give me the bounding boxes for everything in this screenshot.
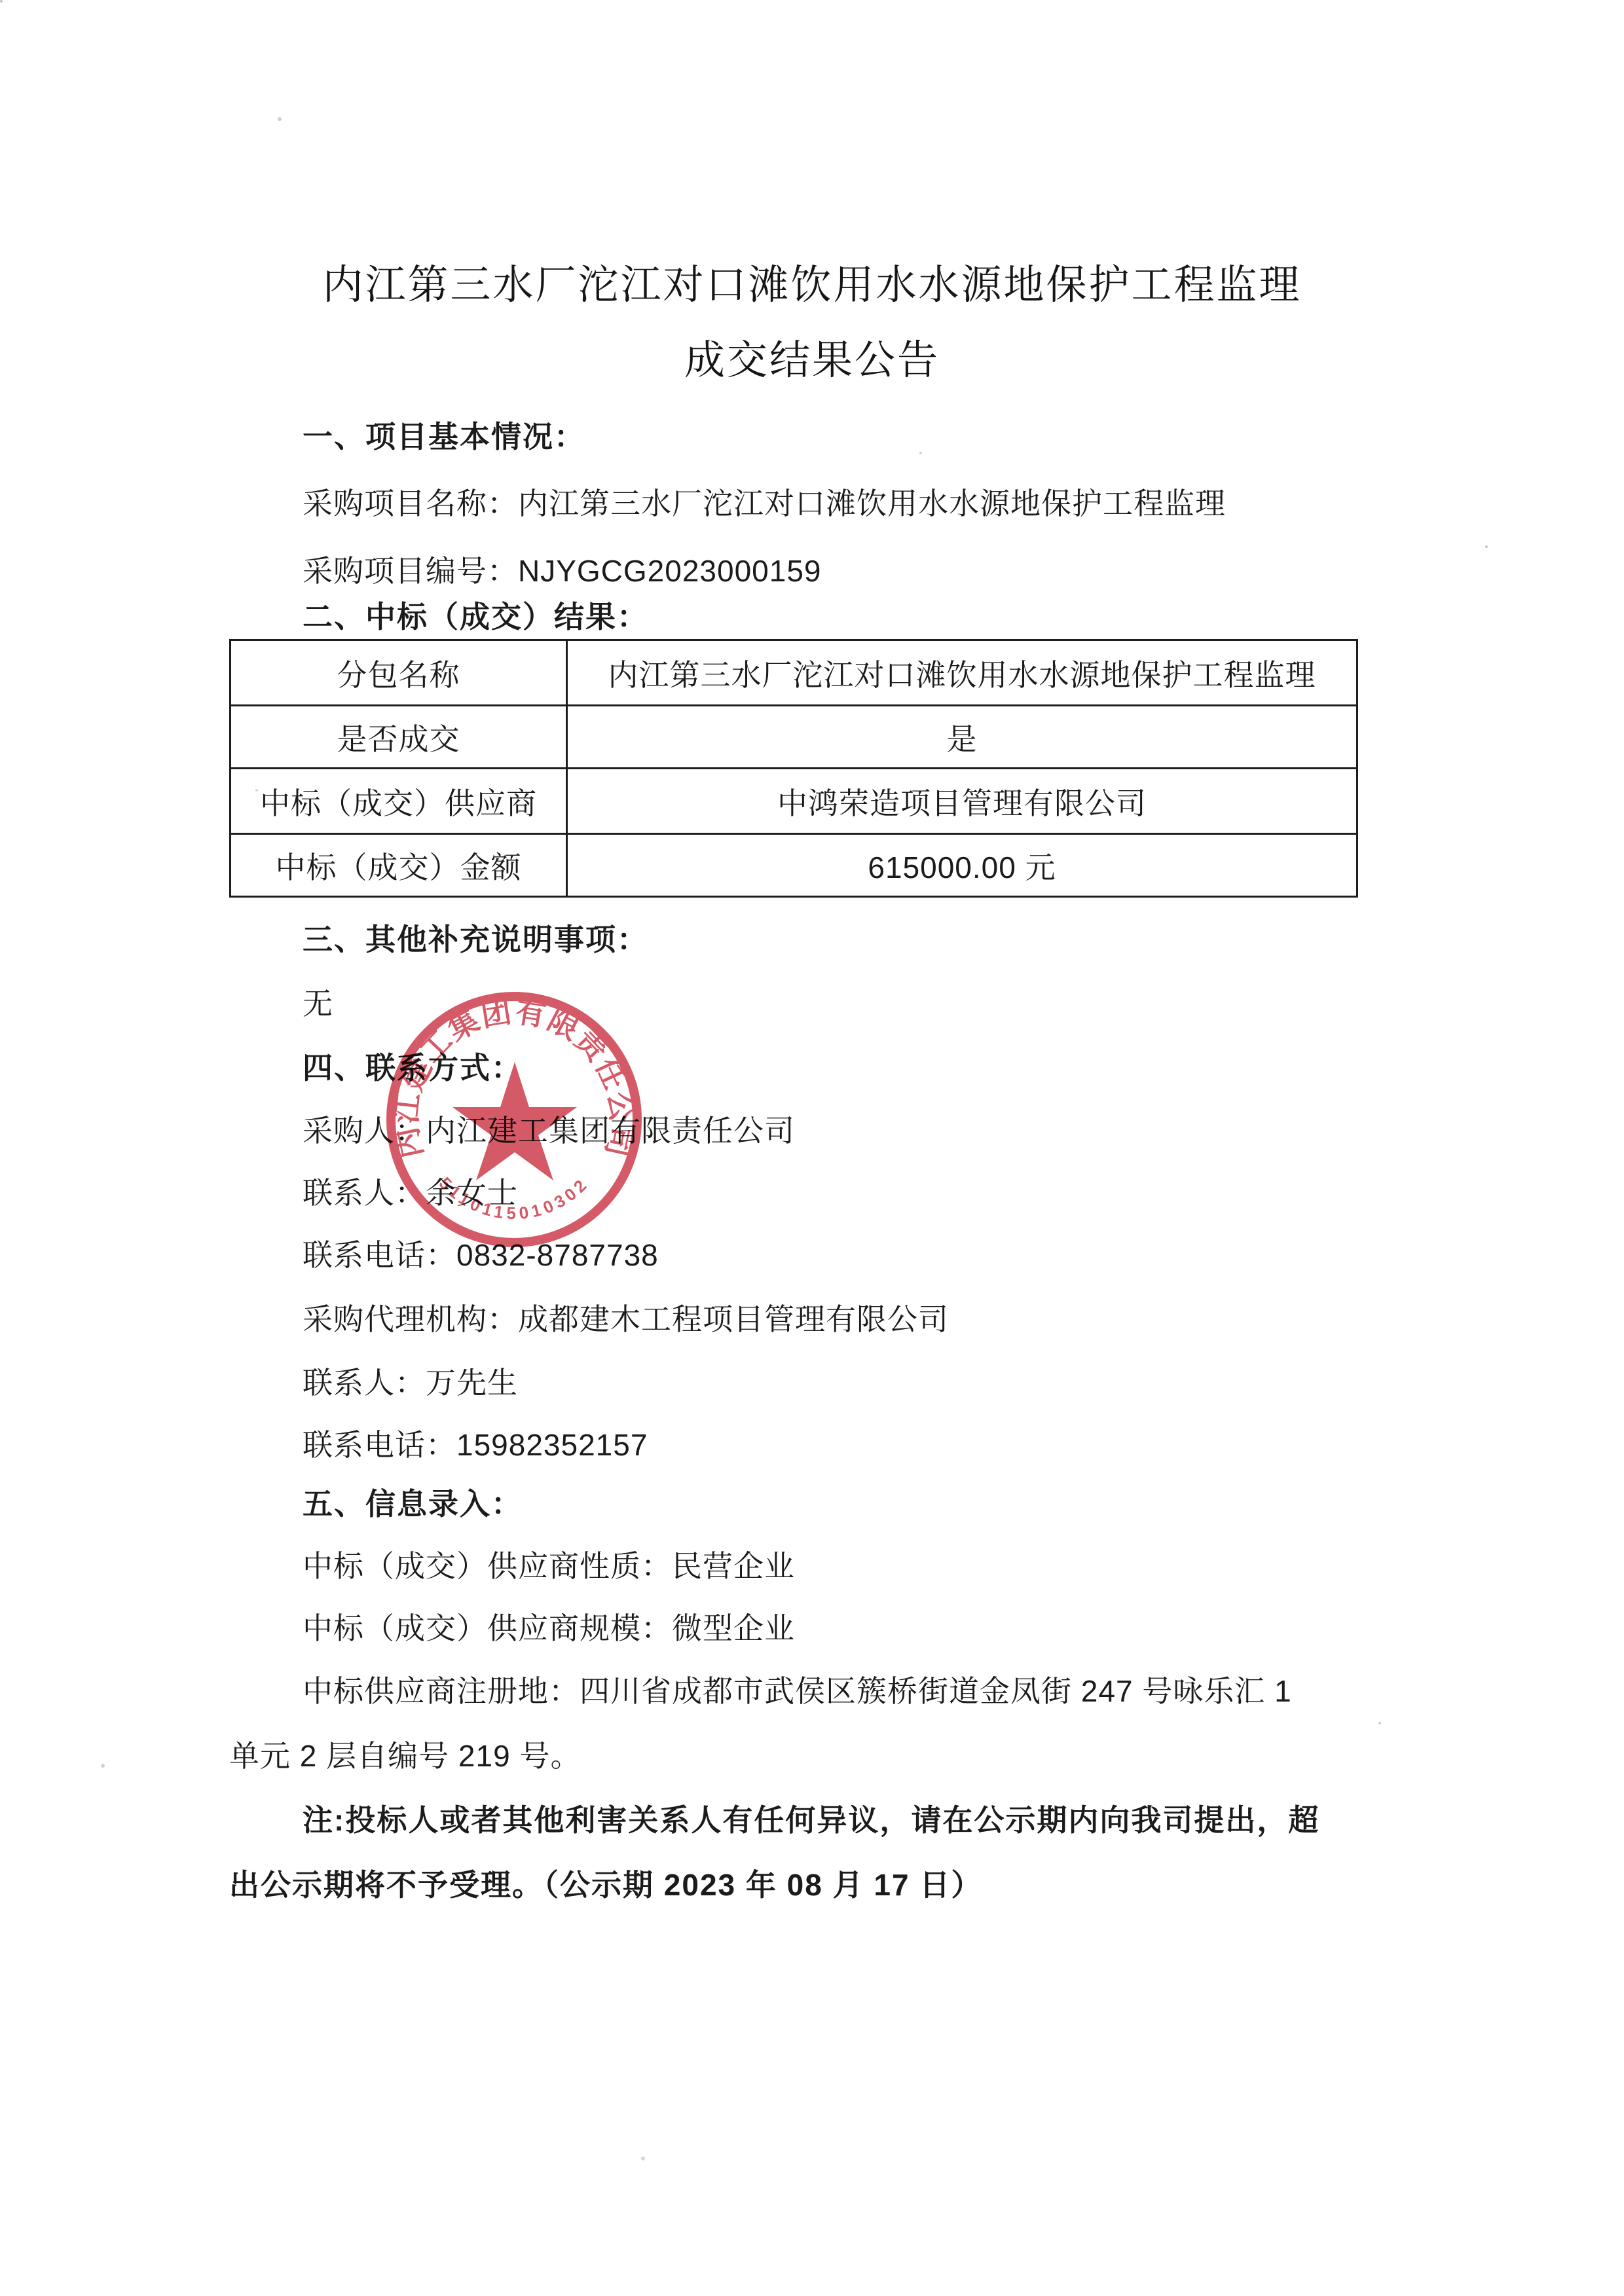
supplier-scale-line: 中标（成交）供应商规模：微型企业 (303, 1611, 795, 1647)
row-label: 是否成交 (231, 706, 567, 769)
table-row: 中标（成交）供应商 中鸿荣造项目管理有限公司 (231, 769, 1357, 834)
row-value: 615000.00 元 (567, 834, 1357, 897)
scanned-document-page: 内江第三水厂沱江对口滩饮用水水源地保护工程监理 成交结果公告 一、项目基本情况：… (0, 0, 1624, 2296)
contact1-line: 联系人：余女士 (303, 1175, 518, 1211)
note-line2: 出公示期将不予受理。（公示期 2023 年 08 月 17 日） (229, 1867, 982, 1903)
agency-line: 采购代理机构：成都建木工程项目管理有限公司 (303, 1302, 949, 1338)
row-value: 内江第三水厂沱江对口滩饮用水水源地保护工程监理 (567, 640, 1357, 706)
purchaser-line: 采购人：内江建工集团有限责任公司 (303, 1113, 795, 1149)
row-value: 中鸿荣造项目管理有限公司 (567, 769, 1357, 834)
section2-heading: 二、中标（成交）结果： (303, 599, 648, 635)
row-label: 中标（成交）供应商 (231, 769, 567, 834)
row-label: 分包名称 (231, 640, 567, 706)
table-row: 中标（成交）金额 615000.00 元 (231, 834, 1357, 897)
phone2-line: 联系电话：15982352157 (303, 1427, 648, 1463)
section5-heading: 五、信息录入： (303, 1486, 523, 1522)
contact2-line: 联系人：万先生 (303, 1365, 518, 1401)
section3-heading: 三、其他补充说明事项： (303, 922, 648, 958)
section3-content: 无 (303, 986, 333, 1022)
document-title-line1: 内江第三水厂沱江对口滩饮用水水源地保护工程监理 (0, 252, 1624, 310)
table-row: 分包名称 内江第三水厂沱江对口滩饮用水水源地保护工程监理 (231, 640, 1357, 706)
supplier-nature-line: 中标（成交）供应商性质：民营企业 (303, 1548, 795, 1584)
phone1-line: 联系电话：0832-8787738 (303, 1237, 659, 1273)
section4-heading: 四、联系方式： (303, 1050, 523, 1086)
supplier-address-line1: 中标供应商注册地：四川省成都市武侯区簇桥街道金凤街 247 号咏乐汇 1 (303, 1673, 1292, 1709)
award-result-table: 分包名称 内江第三水厂沱江对口滩饮用水水源地保护工程监理 是否成交 是 中标（成… (229, 639, 1358, 898)
row-label: 中标（成交）金额 (231, 834, 567, 897)
note-line1: 注:投标人或者其他利害关系人有任何异议，请在公示期内向我司提出，超 (303, 1802, 1319, 1838)
section1-heading: 一、项目基本情况： (303, 419, 585, 455)
table-row: 是否成交 是 (231, 706, 1357, 769)
project-number-line: 采购项目编号：NJYGCG2023000159 (303, 553, 822, 589)
project-name-line: 采购项目名称：内江第三水厂沱江对口滩饮用水水源地保护工程监理 (303, 486, 1226, 522)
supplier-address-line2: 单元 2 层自编号 219 号。 (229, 1738, 581, 1774)
row-value: 是 (567, 706, 1357, 769)
scan-noise-specks (0, 0, 3, 3)
document-title-line2: 成交结果公告 (0, 327, 1624, 386)
